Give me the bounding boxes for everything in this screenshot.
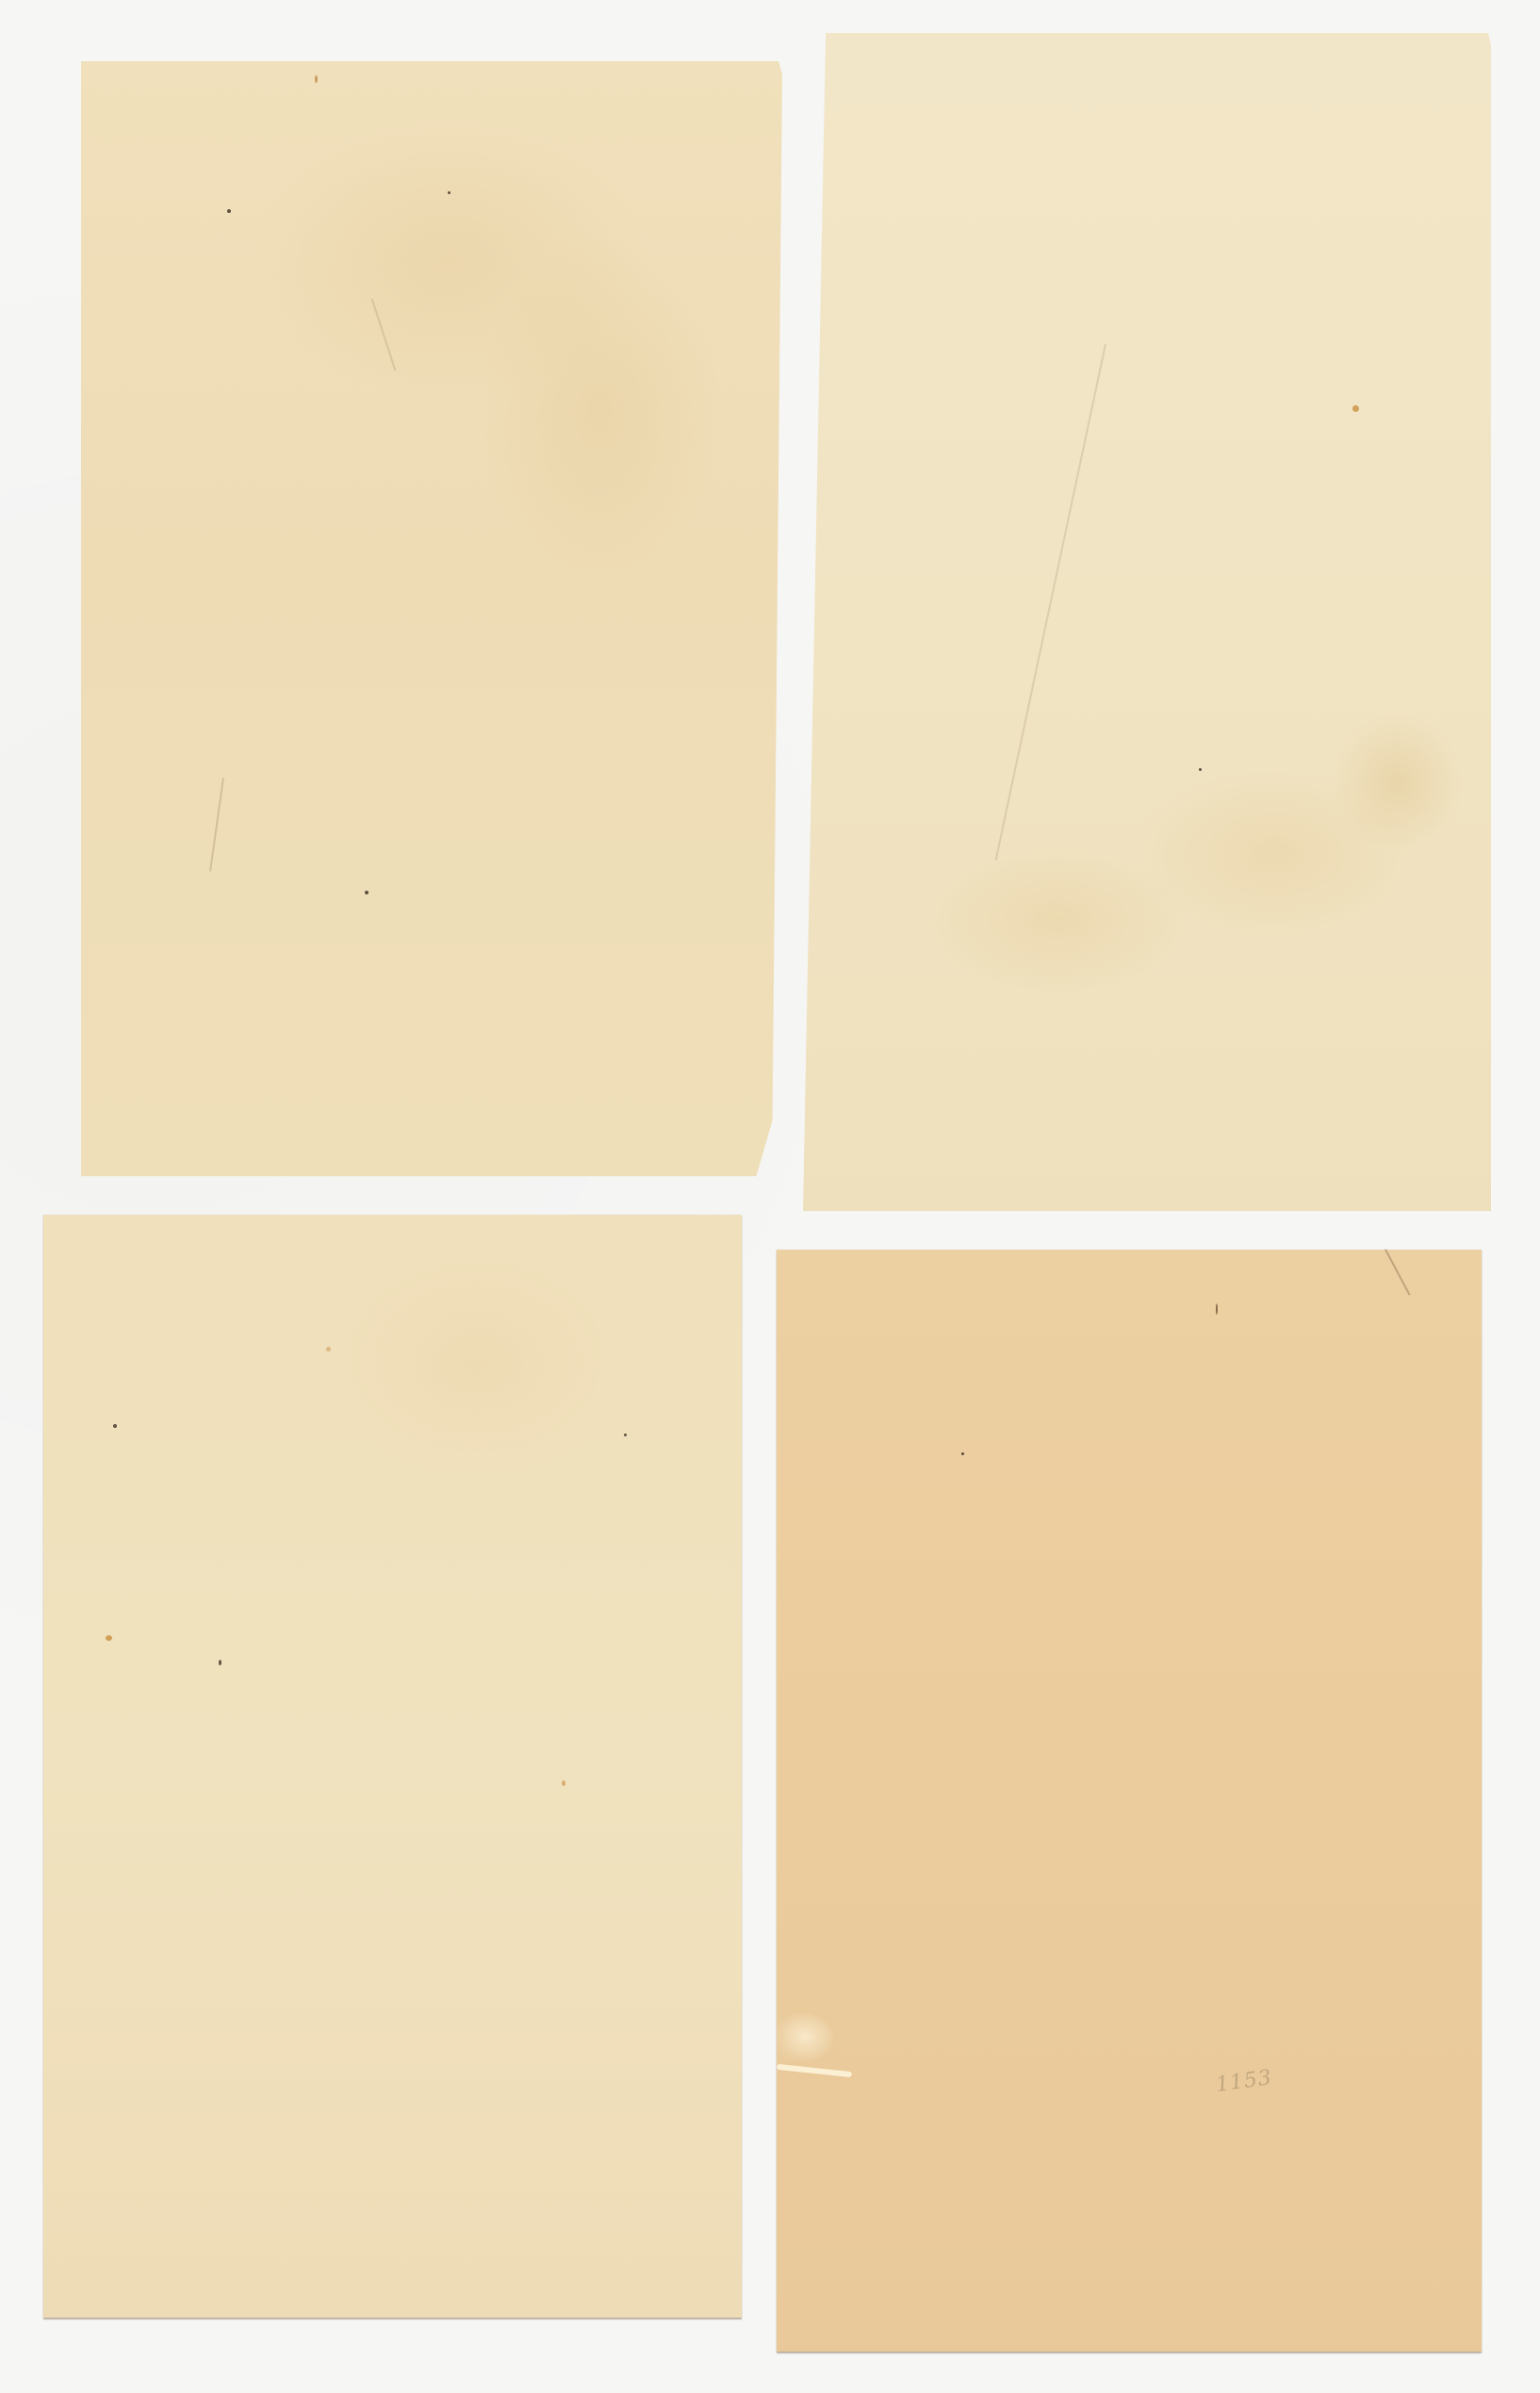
speck [227,209,231,213]
stain [251,118,647,401]
tear-highlight [777,2013,833,2060]
scratch-line [209,778,224,871]
speck [624,1434,627,1436]
speck [219,1660,221,1665]
card-bottom-left [43,1215,742,2318]
speck [448,191,451,194]
speck [961,1452,964,1455]
orange-spot [562,1780,565,1786]
orange-spot [106,1635,112,1641]
stain [326,1253,628,1479]
pencil-mark: 1153 [1215,2066,1274,2097]
stain [477,231,722,589]
card-top-right [803,33,1491,1211]
speck [1199,768,1202,771]
stain [926,844,1189,994]
orange-spot [326,1347,331,1352]
speck [1216,1303,1218,1315]
top-crease [1384,1249,1411,1296]
speck [113,1424,117,1428]
stain [1331,712,1463,853]
card-top-left [81,61,782,1176]
speck [365,891,369,894]
diagonal-line [995,344,1106,860]
stain [1133,768,1416,938]
scratch-line [371,299,397,371]
speck [315,75,318,83]
card-bottom-right: 1153 [777,1250,1482,2352]
orange-spot [1352,405,1359,412]
left-tear [777,2064,852,2077]
